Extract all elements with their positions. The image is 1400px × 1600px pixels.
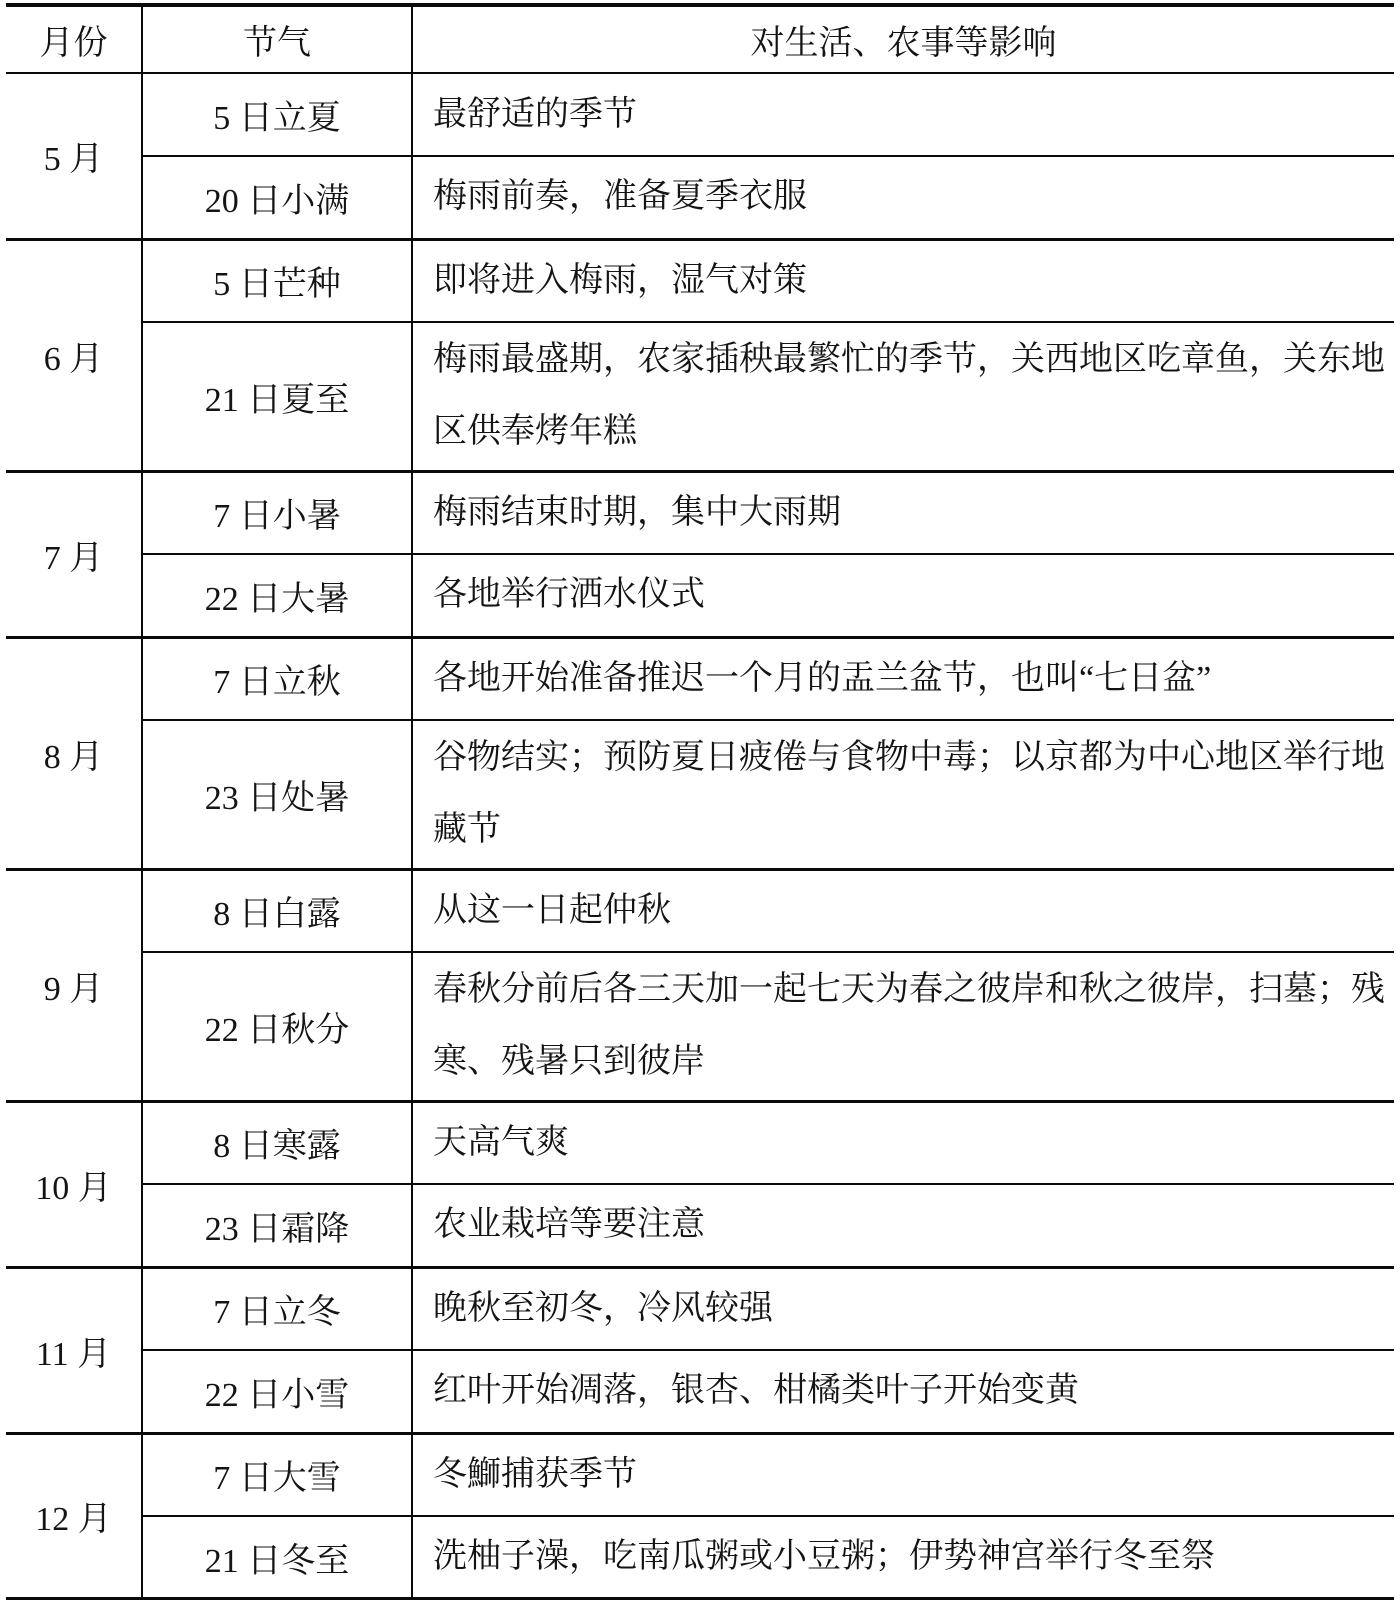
term-label: 21 日冬至 <box>142 1516 412 1599</box>
column-header-impact: 对生活、农事等影响 <box>412 5 1394 73</box>
impact-text: 即将进入梅雨，湿气对策 <box>412 239 1394 322</box>
impact-text: 农业栽培等要注意 <box>412 1184 1394 1267</box>
term-label: 22 日大暑 <box>142 554 412 637</box>
table-row: 22 日秋分 春秋分前后各三天加一起七天为春之彼岸和秋之彼岸，扫墓；残寒、残暑只… <box>6 952 1394 1101</box>
impact-text: 各地举行洒水仪式 <box>412 554 1394 637</box>
month-label: 8 月 <box>6 637 142 869</box>
table-row: 23 日霜降 农业栽培等要注意 <box>6 1184 1394 1267</box>
impact-text: 春秋分前后各三天加一起七天为春之彼岸和秋之彼岸，扫墓；残寒、残暑只到彼岸 <box>412 952 1394 1101</box>
table-row: 11 月 7 日立冬 晚秋至初冬，冷风较强 <box>6 1267 1394 1350</box>
document-page: 月份 节气 对生活、农事等影响 5 月 5 日立夏 最舒适的季节 20 日小满 … <box>0 0 1400 1600</box>
impact-text: 梅雨前奏，准备夏季衣服 <box>412 156 1394 239</box>
term-label: 20 日小满 <box>142 156 412 239</box>
term-label: 8 日寒露 <box>142 1101 412 1184</box>
impact-text: 各地开始准备推迟一个月的盂兰盆节，也叫“七日盆” <box>412 637 1394 720</box>
term-label: 8 日白露 <box>142 869 412 952</box>
month-label: 12 月 <box>6 1433 142 1599</box>
table-row: 21 日夏至 梅雨最盛期，农家插秧最繁忙的季节，关西地区吃章鱼，关东地区供奉烤年… <box>6 322 1394 471</box>
month-label: 6 月 <box>6 239 142 471</box>
table-row: 6 月 5 日芒种 即将进入梅雨，湿气对策 <box>6 239 1394 322</box>
table-row: 20 日小满 梅雨前奏，准备夏季衣服 <box>6 156 1394 239</box>
term-label: 21 日夏至 <box>142 322 412 471</box>
table-row: 23 日处暑 谷物结实；预防夏日疲倦与食物中毒；以京都为中心地区举行地藏节 <box>6 720 1394 869</box>
table-row: 8 月 7 日立秋 各地开始准备推迟一个月的盂兰盆节，也叫“七日盆” <box>6 637 1394 720</box>
table-row: 21 日冬至 洗柚子澡，吃南瓜粥或小豆粥；伊势神宫举行冬至祭 <box>6 1516 1394 1599</box>
impact-text: 从这一日起仲秋 <box>412 869 1394 952</box>
month-label: 5 月 <box>6 73 142 239</box>
term-label: 22 日小雪 <box>142 1350 412 1433</box>
solar-terms-table: 月份 节气 对生活、农事等影响 5 月 5 日立夏 最舒适的季节 20 日小满 … <box>6 3 1394 1600</box>
table-row: 9 月 8 日白露 从这一日起仲秋 <box>6 869 1394 952</box>
term-label: 7 日立秋 <box>142 637 412 720</box>
impact-text: 天高气爽 <box>412 1101 1394 1184</box>
impact-text: 红叶开始凋落，银杏、柑橘类叶子开始变黄 <box>412 1350 1394 1433</box>
table-row: 12 月 7 日大雪 冬鰤捕获季节 <box>6 1433 1394 1516</box>
column-header-term: 节气 <box>142 5 412 73</box>
impact-text: 晚秋至初冬，冷风较强 <box>412 1267 1394 1350</box>
term-label: 7 日大雪 <box>142 1433 412 1516</box>
term-label: 23 日处暑 <box>142 720 412 869</box>
term-label: 7 日立冬 <box>142 1267 412 1350</box>
impact-text: 最舒适的季节 <box>412 73 1394 156</box>
column-header-month: 月份 <box>6 5 142 73</box>
impact-text: 冬鰤捕获季节 <box>412 1433 1394 1516</box>
impact-text: 谷物结实；预防夏日疲倦与食物中毒；以京都为中心地区举行地藏节 <box>412 720 1394 869</box>
term-label: 5 日立夏 <box>142 73 412 156</box>
month-label: 9 月 <box>6 869 142 1101</box>
term-label: 23 日霜降 <box>142 1184 412 1267</box>
month-label: 10 月 <box>6 1101 142 1267</box>
impact-text: 梅雨最盛期，农家插秧最繁忙的季节，关西地区吃章鱼，关东地区供奉烤年糕 <box>412 322 1394 471</box>
table-row: 22 日大暑 各地举行洒水仪式 <box>6 554 1394 637</box>
table-row: 10 月 8 日寒露 天高气爽 <box>6 1101 1394 1184</box>
month-label: 11 月 <box>6 1267 142 1433</box>
table-row: 7 月 7 日小暑 梅雨结束时期，集中大雨期 <box>6 471 1394 554</box>
month-label: 7 月 <box>6 471 142 637</box>
impact-text: 梅雨结束时期，集中大雨期 <box>412 471 1394 554</box>
term-label: 7 日小暑 <box>142 471 412 554</box>
impact-text: 洗柚子澡，吃南瓜粥或小豆粥；伊势神宫举行冬至祭 <box>412 1516 1394 1599</box>
table-row: 22 日小雪 红叶开始凋落，银杏、柑橘类叶子开始变黄 <box>6 1350 1394 1433</box>
term-label: 22 日秋分 <box>142 952 412 1101</box>
table-header-row: 月份 节气 对生活、农事等影响 <box>6 5 1394 73</box>
term-label: 5 日芒种 <box>142 239 412 322</box>
table-row: 5 月 5 日立夏 最舒适的季节 <box>6 73 1394 156</box>
